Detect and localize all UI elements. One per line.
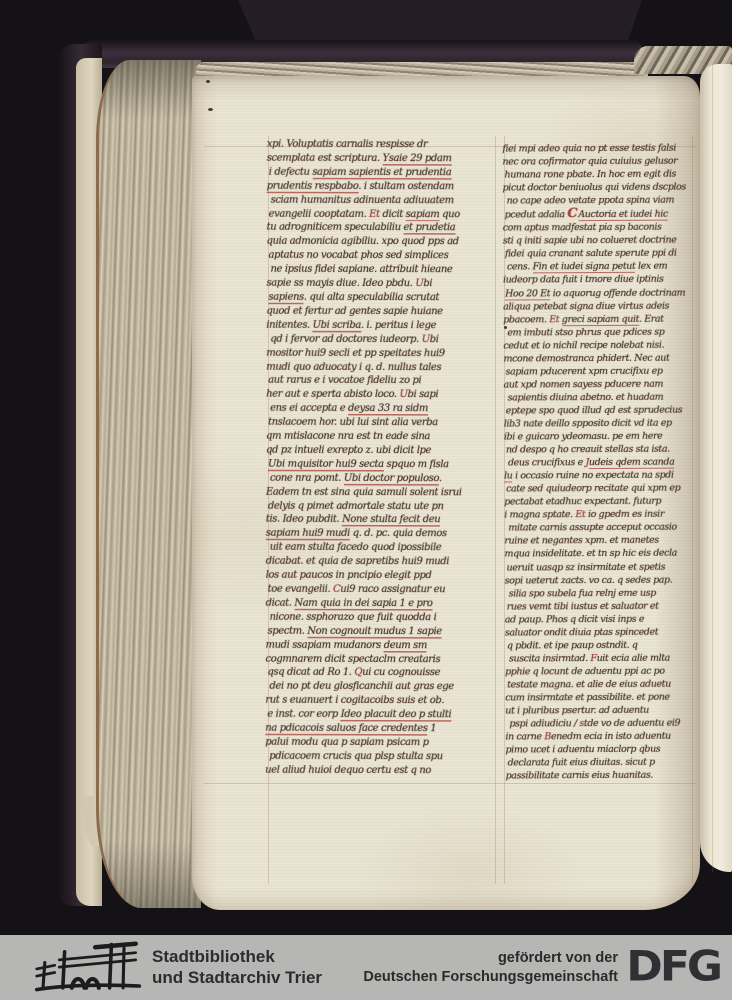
manuscript-line: com aptus madfestat pia sp baconis [503,221,697,235]
manuscript-line: i defectu sapiam sapientis et prudentia [269,166,499,181]
digitized-manuscript-photo: xpi. Voluptatis carnalis respisse drscem… [0,0,732,1000]
manuscript-line: ueruit uasqp sz insirmitate et spetis [507,560,699,574]
manuscript-line: pspi adiudiciu / stde vo de aduentu ei9 [509,717,699,731]
manuscript-line: mqua insidelitate. et tn sp hic eis decl… [504,547,698,561]
manuscript-line: saluator ondit diuia ptas spincedet [505,625,699,639]
manuscript-line: mcone demostranca phidert. Nec aut [503,351,697,365]
manuscript-line: pectabat etadhuc expectant. futurp [504,495,698,509]
manuscript-line: cedut et io nichil recipe nolebat nisi. [503,338,697,352]
manuscript-line: qm mtislacone nra est tn eade sina [266,430,498,445]
manuscript-line: aut rarus e i vocatoe fideliu zo pi [268,374,498,389]
manuscript-line: palui modu qua p sapiam psicam p [265,736,497,751]
manuscript-line: cens. Fin et iudei signa petut lex em [507,260,697,274]
manuscript-line: quod et fertur ad gentes sapie huiane [266,305,498,320]
page-stack-fore-edge [96,60,201,908]
manuscript-line: deus crucifixus e Judeis qdem scanda [508,456,698,470]
manuscript-line: pimo ucet i aduentu miaclorp qbus [505,743,699,757]
manuscript-line: her aut e sperta abisto loco. Ubi sapi [266,388,498,403]
manuscript-page: xpi. Voluptatis carnalis respisse drscem… [192,76,700,910]
manuscript-line: na pdicacois saluos face credentes 1 [265,722,497,737]
manuscript-line: ruine et negantes xpm. et manetes [504,534,698,548]
manuscript-line: aliqua petebat signa diue virtus adeis [503,299,697,313]
manuscript-line: qd i fervor ad doctores iudeorp. Ubi [270,332,498,347]
manuscript-line: los aut paucos in pncipio elegit ppd [266,569,498,584]
paper-speck [504,326,507,329]
manuscript-line: silia spo subela fua relnj eme usp [509,586,699,600]
manuscript-line: ne ipsius fidei sapiane. attribuit hiean… [270,263,498,278]
manuscript-line: dicat. Nam quia in dei sapia 1 e pro [266,597,498,612]
manuscript-line: qd pz intueli exrepto z. ubi dicit lpe [266,444,498,459]
manuscript-line: eptepe spo quod illud qd est sprudecius [506,403,698,417]
manuscript-line: Eadem tn est sina quia samuli solent isr… [266,485,498,500]
manuscript-line: no cape adeo vetate ppota spina viam [507,194,697,208]
manuscript-line: lu i occasio ruine no expectata na spdi [504,469,698,483]
library-name-line2: und Stadtarchiv Trier [152,967,322,988]
manuscript-line: evangelii cooptatam. Et dicit sapiam quo [269,207,499,222]
manuscript-line: pdicacoem crucis qua plsp stulta spu [269,750,497,765]
manuscript-line: sapientis diuina abetno. et huadam [508,390,698,404]
manuscript-line: quia admonicia agibiliu. xpo quod pps ad [267,235,499,250]
manuscript-line: sapiam hui9 mudi q. d. pc. quia demos [266,527,498,542]
manuscript-line: i magna sptate. Et io gpedm es insir [504,508,698,522]
manuscript-line: testate magna. et alie de eius aduetu [507,677,699,691]
manuscript-line: nicone. ssphorazo que fuit quodda i [270,611,498,626]
manuscript-line: nd despo q ho creauit stellas sta ista. [506,443,698,457]
manuscript-line: ens ei accepta e deysa 33 ra sidm [270,402,498,417]
manuscript-line: cate sed quiudeorp recitate qui xpm ep [506,482,698,496]
manuscript-line: suscita insirmtad. Fuit ecia alie mlta [509,651,699,665]
manuscript-line: rues vemt tibi iustus et saluator et [507,599,699,613]
manuscript-line: nec ora cofirmator quia cuiuius gelusor [502,155,696,169]
manuscript-line: iudeorp data fuit i tmore diue iptinis [503,273,697,287]
manuscript-line: scemplata est scriptura. Ysaie 29 pdam [267,152,499,167]
manuscript-line: pcedut adalia CAuctoria et iudei hic [505,207,697,222]
manuscript-line: humana rone pbate. In hoc em egit dis [504,168,696,182]
manuscript-line: tnslacoem hor. ubi lui sint alia verba [268,416,498,431]
manuscript-line: ibi e guicaro ydeomasu. pe em here [504,430,698,444]
manuscript-line: aut xpd nomen sayess pducere nam [504,377,698,391]
manuscript-line: cum insirmtate et passibilite. et pone [505,690,699,704]
manuscript-line: initentes. Ubi scriba. i. peritus i lege [266,318,498,333]
manuscript-line: pbacoem. Et greci sapiam quit. Erat [503,312,697,326]
manuscript-line: e inst. cor eorp Ideo placuit deo p stul… [267,708,497,723]
manuscript-line: fidei quia cranant salute sperute ppi di [505,247,697,261]
manuscript-line: qsq dicat ad Ro 1. Qui cu cognouisse [267,666,497,681]
manuscript-line: lib3 nate deillo spposito dicit vd ita e… [504,416,698,430]
manuscript-line: mudi ssapiam mudanors deum sm [265,638,497,653]
manuscript-line: sciam humanitus adinuenta adiuuatem [271,193,499,208]
manuscript-line: picut doctor beniuolus qui videns dscplo… [503,181,697,195]
manuscript-line: in carne Benedm ecia in isto aduentu [505,730,699,744]
footer-bar: Stadtbibliothek und Stadtarchiv Trier ge… [0,935,732,1000]
manuscript-line: delyis q pimet admortale statu ute pn [268,499,498,514]
dfg-logo: DFG [624,942,720,990]
funding-credit: gefördert von der Deutschen Forschungsge… [363,949,618,987]
manuscript-line: tis. Ideo pubdit. None stulta fecit deu [266,513,498,528]
manuscript-line: declarata fuit eius diuitas. sicut p [508,756,700,770]
text-column-right: fiei mpi adeo quia no pt esse testis fal… [502,141,699,782]
manuscript-line: sopi ueterut zacts. vo ca. q sedes pap. [505,573,699,587]
manuscript-line: fiei mpi adeo quia no pt esse testis fal… [502,141,696,155]
facing-page-edge [700,64,732,872]
manuscript-line: tu adrogniticem speculabiliu et prudetia [267,221,499,236]
manuscript-line: dei no pt deu glosficanchii aut gras ege [269,680,497,695]
manuscript-line: mudi quo aduocaty i q. d. nullus tales [266,360,498,375]
manuscript-line: rut s euanuert i cogitacoibs suis et ob. [265,694,497,709]
manuscript-line: Hoo 20 Et io aquorug offende doctrinam [505,286,697,300]
funding-credit-line1: gefördert von der [363,949,618,968]
library-name-line1: Stadtbibliothek [152,946,322,967]
library-name: Stadtbibliothek und Stadtarchiv Trier [152,946,322,988]
manuscript-line: ad paup. Phos q dicit visi inps e [505,612,699,626]
manuscript-line: cogmnarem dicit spectaclm creataris [265,652,497,667]
paper-speck [206,80,210,83]
stadtbibliothek-trier-logo [30,941,146,995]
manuscript-line: uel aliud huioi dequo certu est q no [265,763,497,778]
paper-speck [208,108,213,111]
manuscript-line: Ubi mquisitor hui9 secta spquo m fisla [268,458,498,473]
manuscript-line: sapie ss mayis diue. Ideo pbdu. Ubi [266,277,498,292]
manuscript-line: dicabat. et quia de sapretibs hui9 mudi [266,555,498,570]
manuscript-line: q pbdit. et ipe paup ostndit. q [507,638,699,652]
manuscript-line: em imbuti stso phrus que pdices sp [507,325,697,339]
manuscript-line: spectm. Non cognouit mudus 1 sapie [268,624,498,639]
ruling-line-horizontal [204,783,696,784]
manuscript-line: xpi. Voluptatis carnalis respisse dr [267,138,499,153]
manuscript-line: cone nra pomt. Ubi doctor populoso. [270,471,498,486]
funding-credit-line2: Deutschen Forschungsgemeinschaft [363,968,618,987]
manuscript-line: toe evangelii. Cui9 raco assignatur eu [268,583,498,598]
manuscript-line: sti q initi sapie ubi no colueret doctri… [503,234,697,248]
manuscript-line: prudentis respbabo. i stultam ostendam [267,179,499,194]
manuscript-line: ut i pluribus psertur. ad aduentu [505,704,699,718]
manuscript-line: sapiens. qui alta speculabilia scrutat [268,291,498,306]
manuscript-line: pphie q locunt de aduentu ppi ac po [505,664,699,678]
manuscript-line: sapiam pducerent xpm crucifixu ep [505,364,697,378]
manuscript-line: mitate carnis assupte acceput occasio [508,521,698,535]
manuscript-line: mositor hui9 secli et pp speitates hui9 [266,346,498,361]
manuscript-line: aptatus no vocabat phos sed simplices [269,249,499,264]
manuscript-line: uit eam stulta facedo quod ipossibile [270,541,498,556]
text-column-left: xpi. Voluptatis carnalis respisse drscem… [265,138,499,778]
manuscript-line: passibilitate carnis eius huanitas. [506,769,700,783]
